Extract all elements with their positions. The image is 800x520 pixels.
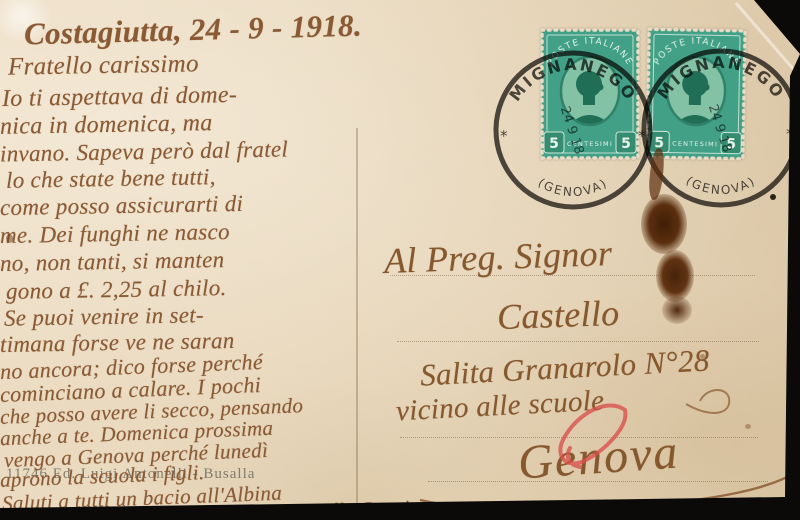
stain-speck (700, 354, 705, 359)
address-divider-line (356, 128, 358, 504)
message-line: Se puoi venire in set- (4, 302, 204, 331)
message-line: Fratello carissimo (8, 50, 199, 81)
ink-blot (656, 250, 694, 302)
message-line: come posso assicurarti di (0, 191, 243, 221)
message-line: lo che state bene tutti, (6, 164, 216, 194)
postmark-star-icon: * (500, 127, 508, 145)
postmark-province-arc: (GENOVA) (684, 174, 759, 198)
message-line: gono a £. 2,25 al chilo. (6, 275, 227, 305)
signature: Sorella Caterina (298, 496, 430, 520)
postcard: 11746 Ed. Luigi Antonelli - Busalla Cost… (0, 0, 800, 520)
stain-speck (770, 194, 776, 200)
postmark-star-icon: * (786, 125, 794, 143)
postmark-province-arc: (GENOVA) (536, 176, 611, 200)
ink-blot (641, 194, 687, 254)
postmark-cancellation: MIGNANEGO (GENOVA) 24 9 18 * * (488, 45, 658, 215)
postmark-date: 24 9 18 (705, 103, 735, 155)
address-recipient-title: Al Preg. Signor (383, 232, 612, 282)
message-line: me. Dei funghi ne nasco (0, 219, 230, 249)
postmark-province-text: (GENOVA) (684, 174, 759, 198)
scanner-background: { "postcard": { "dateline": "Costagiutta… (0, 0, 800, 520)
postmark-town-arc: MIGNANEGO (505, 55, 640, 105)
postmark-town-text: MIGNANEGO (505, 55, 640, 105)
address-city: Genova (516, 424, 681, 490)
scuole-flourish (686, 390, 729, 413)
stain-speck (6, 234, 13, 243)
ink-blot (662, 296, 692, 324)
message-line: no, non tanti, si manten (0, 247, 225, 277)
postmark-date: 24 9 18 (557, 105, 587, 157)
postmark-town-arc: MIGNANEGO (653, 53, 788, 103)
stain-speck (745, 424, 751, 429)
message-line: Io ti aspettava di dome- (2, 82, 238, 113)
message-line: invano. Sapeva però dal fratel (0, 136, 288, 167)
message-line: nica in domenica, ma (0, 110, 213, 141)
postmark-province-text: (GENOVA) (536, 176, 611, 200)
postmark-town-text: MIGNANEGO (653, 53, 788, 103)
address-recipient-name: Castello (496, 292, 620, 338)
postcard-dateline: Costagiutta, 24 - 9 - 1918. (24, 8, 363, 53)
